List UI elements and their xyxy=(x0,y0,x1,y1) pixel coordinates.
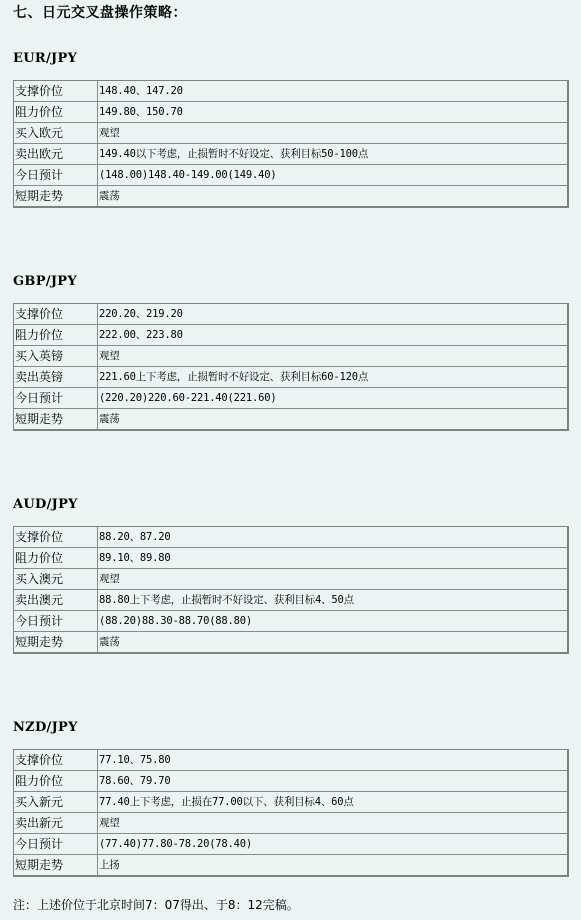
pair-title: EUR/JPY xyxy=(13,51,77,67)
row-value: 88.20、87.20 xyxy=(98,527,567,548)
row-label: 卖出新元 xyxy=(14,813,98,834)
table-row-forecast: 今日预计 (148.00)148.40-149.00(149.40) xyxy=(14,165,567,186)
row-label: 阻力价位 xyxy=(14,325,98,346)
table-row-resistance: 阻力价位 78.60、79.70 xyxy=(14,771,567,792)
row-label: 短期走势 xyxy=(14,409,98,429)
table-row-buy: 买入英镑 观望 xyxy=(14,346,567,367)
row-value: (88.20)88.30-88.70(88.80) xyxy=(98,611,567,632)
row-value: 222.00、223.80 xyxy=(98,325,567,346)
row-label: 阻力价位 xyxy=(14,548,98,569)
row-label: 卖出英镑 xyxy=(14,367,98,388)
row-value: (77.40)77.80-78.20(78.40) xyxy=(98,834,567,855)
strategy-table: 支撑价位 220.20、219.20 阻力价位 222.00、223.80 买入… xyxy=(13,303,569,431)
row-label: 支撑价位 xyxy=(14,527,98,548)
strategy-table: 支撑价位 77.10、75.80 阻力价位 78.60、79.70 买入新元 7… xyxy=(13,749,569,877)
row-value: 震荡 xyxy=(98,632,567,652)
row-value: 77.10、75.80 xyxy=(98,750,567,771)
row-value: 震荡 xyxy=(98,186,567,206)
row-value: 观望 xyxy=(98,813,567,834)
strategy-table: 支撑价位 148.40、147.20 阻力价位 149.80、150.70 买入… xyxy=(13,80,569,208)
row-value: 89.10、89.80 xyxy=(98,548,567,569)
pair-title: AUD/JPY xyxy=(13,497,78,513)
page-title: 七、日元交叉盘操作策略： xyxy=(13,4,187,22)
row-value: 149.80、150.70 xyxy=(98,102,567,123)
table-row-support: 支撑价位 88.20、87.20 xyxy=(14,527,567,548)
table-row-buy: 买入欧元 观望 xyxy=(14,123,567,144)
row-label: 短期走势 xyxy=(14,855,98,875)
strategy-table: 支撑价位 88.20、87.20 阻力价位 89.10、89.80 买入澳元 观… xyxy=(13,526,569,654)
table-row-forecast: 今日预计 (220.20)220.60-221.40(221.60) xyxy=(14,388,567,409)
table-row-trend: 短期走势 震荡 xyxy=(14,409,567,429)
row-value: 149.40以下考虑，止损暂时不好设定、获利目标50-100点 xyxy=(98,144,567,165)
table-row-resistance: 阻力价位 149.80、150.70 xyxy=(14,102,567,123)
row-value: 震荡 xyxy=(98,409,567,429)
row-value: 观望 xyxy=(98,123,567,144)
row-label: 卖出澳元 xyxy=(14,590,98,611)
row-label: 买入澳元 xyxy=(14,569,98,590)
row-label: 今日预计 xyxy=(14,611,98,632)
table-row-sell: 卖出澳元 88.80上下考虑，止损暂时不好设定、获利目标4、50点 xyxy=(14,590,567,611)
table-row-sell: 卖出英镑 221.60上下考虑，止损暂时不好设定、获利目标60-120点 xyxy=(14,367,567,388)
table-row-sell: 卖出欧元 149.40以下考虑，止损暂时不好设定、获利目标50-100点 xyxy=(14,144,567,165)
table-row-support: 支撑价位 148.40、147.20 xyxy=(14,81,567,102)
row-value: 148.40、147.20 xyxy=(98,81,567,102)
pair-title: GBP/JPY xyxy=(13,274,77,290)
row-label: 支撑价位 xyxy=(14,750,98,771)
row-label: 买入新元 xyxy=(14,792,98,813)
table-row-trend: 短期走势 上扬 xyxy=(14,855,567,875)
row-label: 今日预计 xyxy=(14,834,98,855)
row-label: 阻力价位 xyxy=(14,771,98,792)
row-value: 上扬 xyxy=(98,855,567,875)
row-value: (148.00)148.40-149.00(149.40) xyxy=(98,165,567,186)
row-label: 短期走势 xyxy=(14,632,98,652)
table-row-sell: 卖出新元 观望 xyxy=(14,813,567,834)
row-label: 卖出欧元 xyxy=(14,144,98,165)
row-value: 220.20、219.20 xyxy=(98,304,567,325)
row-label: 今日预计 xyxy=(14,388,98,409)
row-label: 买入英镑 xyxy=(14,346,98,367)
row-value: 221.60上下考虑，止损暂时不好设定、获利目标60-120点 xyxy=(98,367,567,388)
row-label: 阻力价位 xyxy=(14,102,98,123)
footnote: 注：上述价位于北京时间7：07得出、于8：12完稿。 xyxy=(13,896,299,914)
table-row-forecast: 今日预计 (88.20)88.30-88.70(88.80) xyxy=(14,611,567,632)
row-label: 支撑价位 xyxy=(14,81,98,102)
row-label: 支撑价位 xyxy=(14,304,98,325)
pair-title: NZD/JPY xyxy=(13,720,78,736)
row-value: 观望 xyxy=(98,569,567,590)
row-value: 78.60、79.70 xyxy=(98,771,567,792)
row-value: 77.40上下考虑，止损在77.00以下、获利目标4、60点 xyxy=(98,792,567,813)
table-row-resistance: 阻力价位 89.10、89.80 xyxy=(14,548,567,569)
row-label: 今日预计 xyxy=(14,165,98,186)
table-row-buy: 买入澳元 观望 xyxy=(14,569,567,590)
row-label: 买入欧元 xyxy=(14,123,98,144)
table-row-support: 支撑价位 77.10、75.80 xyxy=(14,750,567,771)
row-value: (220.20)220.60-221.40(221.60) xyxy=(98,388,567,409)
row-label: 短期走势 xyxy=(14,186,98,206)
table-row-trend: 短期走势 震荡 xyxy=(14,632,567,652)
table-row-buy: 买入新元 77.40上下考虑，止损在77.00以下、获利目标4、60点 xyxy=(14,792,567,813)
table-row-trend: 短期走势 震荡 xyxy=(14,186,567,206)
row-value: 观望 xyxy=(98,346,567,367)
row-value: 88.80上下考虑，止损暂时不好设定、获利目标4、50点 xyxy=(98,590,567,611)
table-row-resistance: 阻力价位 222.00、223.80 xyxy=(14,325,567,346)
table-row-forecast: 今日预计 (77.40)77.80-78.20(78.40) xyxy=(14,834,567,855)
table-row-support: 支撑价位 220.20、219.20 xyxy=(14,304,567,325)
